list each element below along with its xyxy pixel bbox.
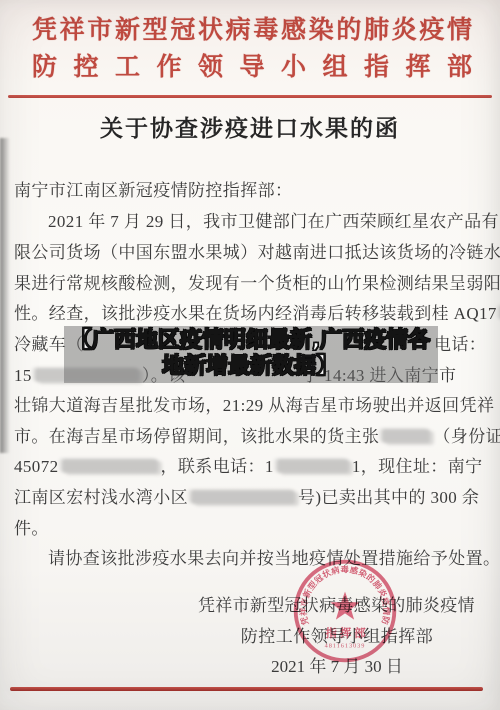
body-line: 性。经查，该批涉疫水果在货场内经消毒后转移装载到桂 AQ17 xyxy=(14,299,492,323)
redaction-smudge xyxy=(382,429,430,443)
body-line: 件。 xyxy=(14,514,492,538)
letterhead-rule xyxy=(8,95,492,98)
document-photo: 凭祥市新型冠状病毒感染的肺炎疫情 防控工作领导小组指挥部 关于协查涉疫进口水果的… xyxy=(0,0,500,710)
letterhead-line1: 凭祥市新型冠状病毒感染的肺炎疫情 xyxy=(32,12,472,49)
body-text: （身份证： xyxy=(433,427,500,446)
body-text: 号)已卖出其中的 300 余 xyxy=(298,488,479,507)
body-line: 市。在海吉星市场停留期间，该批水果的货主张（身份证： xyxy=(14,422,492,446)
official-seal: 凭祥市新型冠状病毒感染的肺炎疫情防控工作领导小组 指挥部 4811613039 xyxy=(287,553,403,669)
footer-rule xyxy=(10,687,483,691)
body-line: 壮锦大道海吉星批发市场，21:29 从海吉星市场驶出并返回凭祥 xyxy=(14,391,492,415)
body-line: 2021 年 7 月 29 日，我市卫健部门在广西荣顾红星农产品有 xyxy=(14,207,500,231)
document-title: 关于协查涉疫进口水果的函 xyxy=(0,110,500,143)
letterhead-line2: 防控工作领导小组指挥部 xyxy=(32,49,472,86)
body-line: 江南区宏村浅水湾小区号)已卖出其中的 300 余 xyxy=(14,483,492,507)
body-text: 性。经查，该批涉疫水果在货场内经消毒后转移装载到桂 AQ17 xyxy=(14,304,497,323)
body-text: ，联系电话：1 xyxy=(161,457,274,476)
redaction-smudge xyxy=(191,490,295,504)
redaction-smudge xyxy=(277,459,349,473)
body-text: 1，现住址：南宁 xyxy=(352,457,483,476)
body-text: 45072 xyxy=(14,457,59,476)
body-text: 江南区宏村浅水湾小区 xyxy=(14,488,188,507)
photo-edge-shadow xyxy=(0,138,10,453)
body-text: 15 xyxy=(14,366,32,385)
redaction-smudge xyxy=(62,459,158,473)
body-line: 果进行常规核酸检测，发现有一个货柜的山竹果检测结果呈弱阳 xyxy=(14,269,492,293)
body-line: 请协查该批涉疫水果去向并按当地疫情处置措施给予处置。 xyxy=(14,544,500,568)
letterhead: 凭祥市新型冠状病毒感染的肺炎疫情 防控工作领导小组指挥部 xyxy=(32,12,472,86)
overlay-caption-line1: 【广西地区疫情明细最新,广西疫情各 xyxy=(50,328,450,354)
body-line: 限公司货场（中国东盟水果城）对越南进口抵达该货场的冷链水 xyxy=(14,238,492,262)
overlay-caption: 【广西地区疫情明细最新,广西疫情各 地新增最新数据】 xyxy=(50,328,450,380)
seal-star-icon xyxy=(330,592,359,620)
body-line: 45072，联系电话：11，现住址：南宁 xyxy=(14,452,492,476)
overlay-caption-line2: 地新增最新数据】 xyxy=(50,354,450,380)
recipient-line: 南宁市江南区新冠疫情防控指挥部： xyxy=(14,176,492,200)
body-text: 市。在海吉星市场停留期间，该批水果的货主张 xyxy=(14,427,379,446)
seal-code: 4811613039 xyxy=(325,643,366,650)
seal-label: 指挥部 xyxy=(324,626,368,640)
